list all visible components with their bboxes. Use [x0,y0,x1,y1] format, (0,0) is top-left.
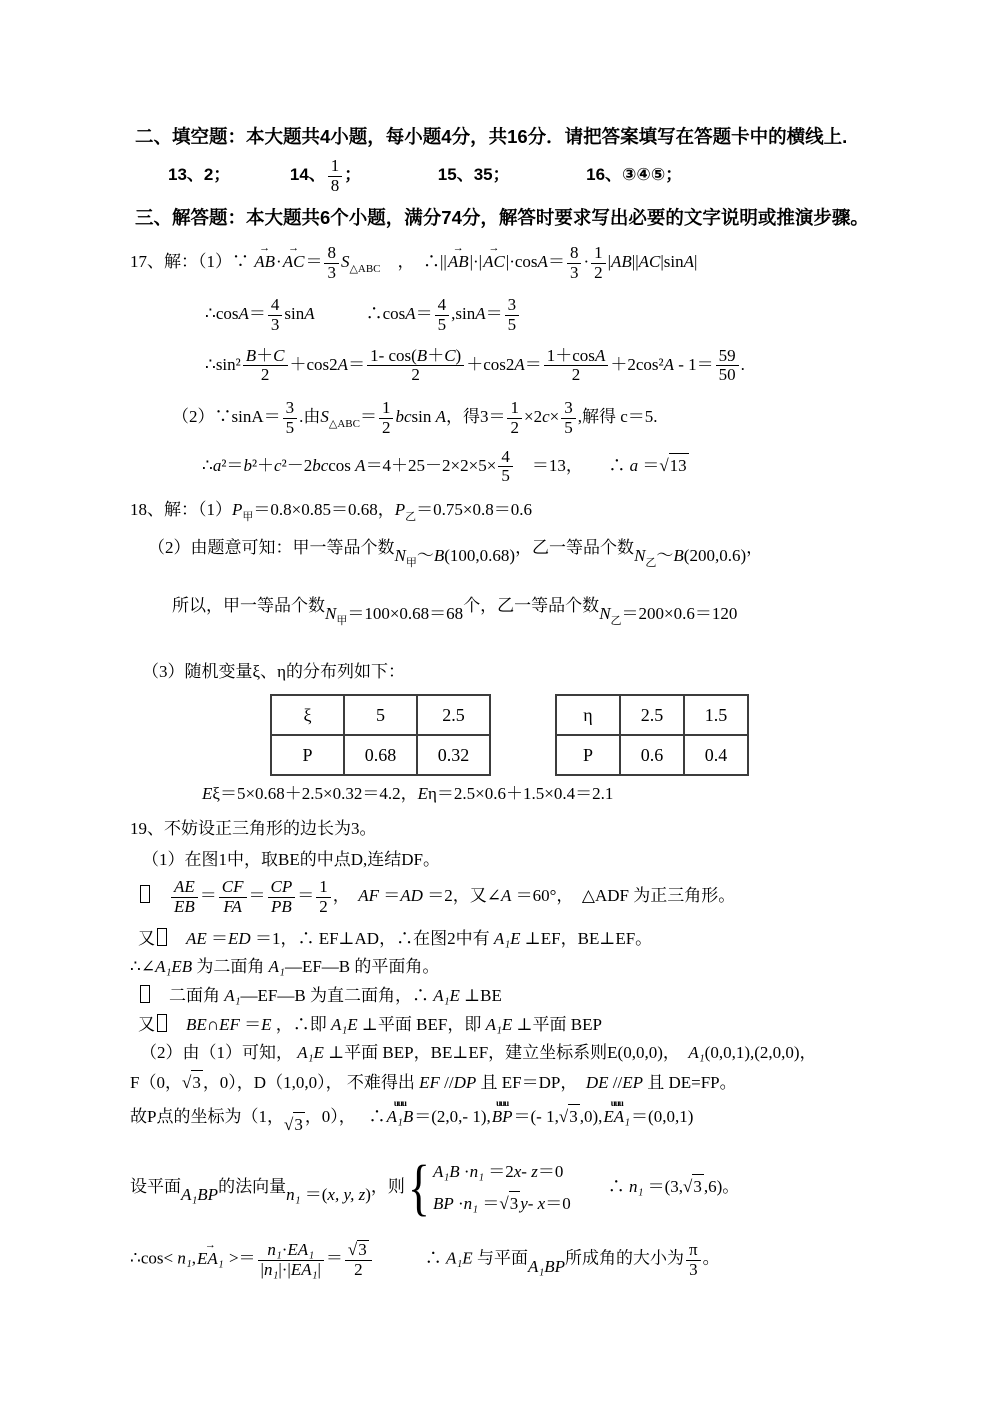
text: 5 [564,418,573,437]
denominator: 2 [316,898,331,917]
line-q19-ratios: AEEB＝CFFA＝CPPB＝12， AF ＝AD ＝2，又∠A ＝60°， △… [138,878,890,916]
math-var: A₁BP [181,1185,218,1204]
text: ＝ [486,304,503,323]
text: ＝ [249,304,266,323]
sqrt: √3 [182,1070,203,1096]
math-var: n₁ [177,1249,191,1268]
text: 2 [382,418,391,437]
text: ∴sin² [205,355,241,374]
text: 2 [261,365,270,384]
text: ，得3＝ [446,407,506,426]
text: π [689,1240,698,1259]
text: ＋cos2 [466,355,514,374]
lowered-group: A₁BP [181,1183,218,1208]
text: 50 [719,365,736,384]
denominator: 2 [591,264,606,283]
math-var: AC [639,252,661,271]
text: (0,0,1),(2,0,0)， [705,1043,817,1062]
subscript: △ABC [329,418,360,430]
text: ∴∠ [130,957,155,976]
text: × [550,407,560,426]
equation-system: {A₁B ·n₁ ＝2x- z＝0BP ·n₁ ＝√3y- x＝0 [408,1160,571,1216]
math-var: c [542,407,550,426]
line-q17-step4: （2）∵sinA＝35.由S△ABC＝12bcsin A，得3＝12×2c×35… [172,399,890,437]
text: 3 [327,263,336,282]
math-var: EA₁ [287,1240,314,1259]
denominator: 3 [268,316,283,335]
text: · [460,1162,470,1181]
numerator: 3 [283,399,298,419]
table-cell: η [556,695,620,735]
missing-glyph-box [157,928,167,946]
sqrt: √3 [559,1104,580,1130]
text: 2 [354,1260,363,1279]
line-q19-vectors: 故P点的坐标为（1，√3，0）， ∴uuuA₁B＝(2,0,- 1),uuuBP… [130,1099,890,1138]
denominator: 2 [345,1261,372,1280]
vector: →AC [483,244,505,270]
table-cell: 0.32 [417,735,490,775]
text: ∴ [374,1249,446,1268]
math-var: n₁ [629,1177,643,1196]
math-var: A [338,355,348,374]
text: · [454,1194,464,1213]
text: 个，乙一等品个数 [463,596,599,615]
text: - [521,1162,531,1181]
text: · [276,252,282,271]
subscript: 乙 [405,511,416,523]
numerator: 3 [561,399,576,419]
text: ∩ [207,1015,219,1034]
text: 为二面角 [192,957,269,976]
text: ～ [417,546,434,565]
sub-base: P [395,500,405,519]
sub-base: S [320,407,329,426]
text: ＝(3, [643,1177,683,1196]
table-cell: 2.5 [620,695,684,735]
text: ＝2 [484,1162,514,1181]
radical-icon: √ [659,454,668,479]
lowered-group: n₁ ＝(x, y, z) [286,1183,371,1208]
subscripted-symbol: S△ABC [341,252,381,271]
fraction: √32 [345,1240,372,1279]
math-var: A [238,304,248,323]
math-var: n₁ [286,1185,300,1204]
text: 3 [564,398,573,417]
radicand: 3 [568,1104,580,1130]
math-var: PB [271,897,292,916]
subscript: △ABC [349,263,380,275]
text: ＝0.75×0.8＝0.6 [416,500,532,519]
text: - 1＝ [674,355,714,374]
eta-distribution-table: η2.51.5P0.60.4 [555,694,749,776]
math-var: A [595,346,605,365]
table-cell: 1.5 [684,695,748,735]
bold-text: 14、 [222,165,326,184]
text: 3 [358,1240,367,1259]
math-var: A₁E [446,1249,473,1268]
sub-base: N [325,604,336,623]
radical-icon: √ [499,1192,508,1217]
fraction: 1＋cosA2 [544,347,609,385]
brace-icon: { [408,1157,430,1219]
text: 1 [594,243,603,262]
text: ＝1，∴ EF⊥AD，∴在图2中有 [251,929,494,948]
vector-base: AB [448,253,469,270]
text: （3）随机变量ξ、η的分布列如下： [142,662,405,681]
denominator: 2 [243,366,288,385]
text: 又 [138,1015,155,1034]
text: ， [746,538,763,557]
math-var: y [520,1194,528,1213]
text: ＝200×0.6＝120 [622,604,738,623]
missing-glyph-box [140,885,150,903]
text [169,1015,186,1034]
text: 4 [271,295,280,314]
denominator: 2 [507,419,522,438]
table-cell: 2.5 [417,695,490,735]
subscript: 乙 [645,557,656,569]
math-var: B [246,346,256,365]
solve-section-header: 三、解答题：本大题共6个小题，满分74分，解答时要求写出必要的文字说明或推演步骤… [135,205,890,232]
math-var: A₁E [494,929,521,948]
text: ＝ [525,355,542,374]
bold-text: 16、③④⑤； [501,165,682,184]
math-var: B [417,346,427,365]
text: 2 [594,263,603,282]
denominator: 3 [324,264,339,283]
fraction: 35 [561,399,576,437]
math-var: A [436,407,446,426]
math-var: AB [611,252,632,271]
sqrt: √3 [348,1240,369,1260]
math-var: AF [358,886,379,905]
text: ＝0.8×0.85＝0.68， [253,500,394,519]
text: | [318,1260,321,1279]
numerator: 4 [435,296,450,316]
denominator: 8 [328,177,343,196]
table-row: ξ52.5 [271,695,490,735]
lowered-group: N甲＝100×0.68＝68 [325,602,463,630]
text: ，0），D（1,0,0）， 不难得出 [203,1073,419,1092]
subscript: 乙 [611,615,622,627]
line-q19-right-dihedral: 二面角 A₁—EF—B 为直二面角，∴ A₁E ⊥BE [138,984,890,1009]
text: 4 [501,447,510,466]
text: ＝ [305,252,322,271]
math-var: n₁ [470,1162,484,1181]
bold-text: 15、35； [353,165,501,184]
math-var: A₁E [433,986,460,1005]
text: ) [456,346,462,365]
text [152,886,169,905]
sub-base: N [395,546,406,565]
math-var: CF [222,877,244,896]
text: F（0， [130,1073,182,1092]
text: 5 [508,315,517,334]
line-q18-step2: （2）由题意可知：甲一等品个数N甲～B(100,0.68)，乙一等品个数N乙～B… [148,536,890,572]
vector-base: EA₁ [197,1250,224,1267]
text: 2 [572,365,581,384]
math-var: AE [174,877,195,896]
xi-distribution-table: ξ52.5P0.680.32 [270,694,491,776]
line-q17-step1: 17、解：（1）∵ →AB·→AC＝83S△ABC ， ∴||→AB|·|→AC… [130,244,890,282]
vector-base: AC [483,253,505,270]
math-var: c [274,456,282,475]
text: ＝(- 1, [514,1107,559,1126]
denominator: FA [219,898,247,917]
math-var: A [405,304,415,323]
text: 且 DE=FP。 [643,1073,737,1092]
system-row: A₁B ·n₁ ＝2x- z＝0 [433,1160,571,1185]
text: ⊥平面 BEP [512,1015,602,1034]
text: ＝ [379,886,400,905]
text: 3 [271,315,280,334]
table-cell: 0.6 [620,735,684,775]
line-q19-part1: （1）在图1中，取BE的中点D,连结DF。 [142,848,890,873]
math-var: E [202,784,212,803]
text: 3 [689,1260,698,1279]
sub-base: N [599,604,610,623]
bold-text: ； [344,165,353,184]
text: ²＝ [221,456,243,475]
line-q19-intro: 19、不妨设正三角形的边长为3。 [130,817,890,842]
text: | [694,252,697,271]
vector-base: A₁B [387,1108,414,1125]
text [169,929,186,948]
math-var: EA₁ [291,1260,318,1279]
math-var: DP [454,1073,477,1092]
numerator: 3 [505,296,520,316]
table-row: P0.680.32 [271,735,490,775]
subscript: 甲 [406,557,417,569]
fraction: π3 [686,1241,701,1279]
vector-base: EA₁ [603,1108,630,1125]
fraction: AEEB [171,878,198,916]
text: · [583,252,589,271]
line-q18-step1: 18、解：（1）P甲＝0.8×0.85＝0.68，P乙＝0.75×0.8＝0.6 [130,498,890,526]
fraction: n₁·EA₁|n₁|·|EA₁| [258,1241,324,1279]
text: |·cos [506,252,538,271]
text: 8 [331,176,340,195]
vector: →EA₁ [197,1241,224,1267]
fraction: 35 [505,296,520,334]
text: ＝2，又∠ [423,886,501,905]
radical-icon: √ [559,1105,568,1130]
text: 8 [570,243,579,262]
fraction: 12 [591,244,606,282]
math-var: a [630,456,639,475]
math-var: AE [186,929,207,948]
numerator: 1＋cosA [544,347,609,367]
text: ＝ [348,355,365,374]
math-var: B [673,546,683,565]
subscripted-symbol: N甲 [395,546,417,565]
text: sin [412,407,436,426]
numerator: 4 [498,448,513,468]
text: 设平面 [130,1177,181,1196]
text: (100,0.68) [444,546,515,565]
lowered-group: N乙＝200×0.6＝120 [599,602,737,630]
math-var: A [501,886,511,905]
fraction: 12 [379,399,394,437]
math-var: CP [271,877,293,896]
math-var: FA [223,897,242,916]
text: sin [284,304,304,323]
math-var: A [538,252,548,271]
text: ∴ [574,1177,629,1196]
text: ⊥平面 BEP，BE⊥EF，建立坐标系则E(0,0,0)， [324,1043,688,1062]
text: 3 [693,1177,702,1196]
text: ＝0 [545,1194,571,1213]
math-var: E [418,784,428,803]
text: || [632,252,639,271]
text: 3 [570,263,579,282]
text: 。 [703,1249,720,1268]
fraction: 12 [507,399,522,437]
text: ＝ [297,886,314,905]
text: ＝ [326,1249,343,1268]
math-var: AD [400,886,423,905]
denominator: 50 [716,366,739,385]
table-cell: ξ [271,695,344,735]
math-var: A₁E [331,1015,358,1034]
fraction: 43 [268,296,283,334]
sqrt: √3 [683,1174,704,1200]
exam-answer-page: 二、填空题：本大题共4小题，每小题4分，共16分．请把答案填写在答题卡中的横线上… [0,0,1000,1415]
text: η＝2.5×0.6＋1.5×0.4＝2.1 [428,784,613,803]
text: 且 EF＝DP， [476,1073,586,1092]
text: ＋2cos² [610,355,663,374]
denominator: 5 [498,467,513,486]
radicand: 3 [293,1112,305,1138]
text: ＝ [360,407,377,426]
numerator: AE [171,878,198,898]
fill-in-answers-row: 13、2； 14、18； 15、35； 16、③④⑤； [168,157,890,195]
radical-icon: √ [284,1113,293,1138]
lowered-group: N乙～B(200,0.6) [634,544,746,572]
fraction: 18 [328,157,343,195]
text: |sin [660,252,683,271]
text: cos [328,456,355,475]
subscripted-symbol: P乙 [395,500,416,519]
text: ～ [656,546,673,565]
text: ＋cos2 [290,355,338,374]
fraction: 45 [435,296,450,334]
math-var: A [684,252,694,271]
table-cell: P [556,735,620,775]
lowered-group: √3 [284,1112,305,1138]
radical-icon: √ [683,1175,692,1200]
text: ⊥平面 BEF，即 [358,1015,486,1034]
radicand: 3 [191,1070,203,1096]
text: 5 [501,466,510,485]
text: ＝4＋25－2×2×5× [366,456,497,475]
radicand: 3 [357,1240,369,1260]
math-var: b [243,456,252,475]
text: // [609,1073,623,1092]
text: 所成角的大小为 [565,1249,684,1268]
text: 故P点的坐标为（1， [130,1107,284,1126]
line-q18-step3: 所以，甲一等品个数N甲＝100×0.68＝68个，乙一等品个数N乙＝200×0.… [172,594,890,630]
numerator: 1 [328,157,343,177]
text: 13 [670,456,687,475]
text: 2 [319,897,328,916]
numerator: 1 [316,878,331,898]
text: (200,0.6) [684,546,746,565]
math-var: n₁ [264,1260,278,1279]
math-var: C [273,346,284,365]
math-var: A [355,456,365,475]
text: ,解得 c＝5. [578,407,658,426]
math-var: BP [433,1194,454,1213]
text: ,6)。 [704,1177,739,1196]
text: , [192,1249,196,1268]
denominator: 3 [567,264,582,283]
math-var: EF [419,1073,440,1092]
vector: uuuA₁B [387,1099,414,1125]
numerator: 1 [379,399,394,419]
math-var: A [664,355,674,374]
line-q19-plane-perp: 又 BE∩EF ＝E ，∴即 A₁E ⊥平面 BEF，即 A₁E ⊥平面 BEP [138,1013,890,1038]
subscripted-symbol: N乙 [634,546,656,565]
text: 3 [508,295,517,314]
denominator: 2 [379,419,394,438]
text: ＝ [240,1015,261,1034]
math-var: BE [186,1015,207,1034]
text: ，则 [371,1177,405,1196]
text: 1 [510,398,519,417]
math-var: A₁BP [528,1257,565,1276]
text: ξ＝5×0.68＋2.5×0.32＝4.2， [212,784,417,803]
text: ∴ [202,456,213,475]
math-var: EP [622,1073,643,1092]
line-q19-dihedral-angle: ∴∠A₁EB 为二面角 A₁—EF—B 的平面角。 [130,955,890,980]
math-var: A₁EB [155,957,192,976]
numerator: 8 [567,244,582,264]
fraction: 12 [316,878,331,916]
subscripted-symbol: N甲 [325,604,347,623]
text: 5 [286,418,295,437]
text: ²－2 [282,456,313,475]
text: 5 [438,315,447,334]
fraction: CFFA [219,878,247,916]
math-var: EB [174,897,195,916]
text: ⊥BE [460,986,502,1005]
line-q17-step5: ∴a²＝b²＋c²－2bccos A＝4＋25－2×2×5×45 ＝13， ∴ … [202,448,890,486]
text: ＝100×0.68＝68 [347,604,463,623]
math-var: bc [395,407,411,426]
numerator: √3 [345,1240,372,1261]
radical-icon: √ [182,1071,191,1096]
fraction: B＋C2 [243,347,288,385]
vector-base: AB [254,253,275,270]
radical-icon: √ [348,1241,357,1260]
numerator: 1- cos(B＋C) [367,347,464,367]
vector: →AC [283,244,305,270]
line-q18-expectation: Eξ＝5×0.68＋2.5×0.32＝4.2，Eη＝2.5×0.6＋1.5×0.… [202,782,890,807]
text: 1 [331,156,340,175]
text: —EF—B 的平面角。 [285,957,439,976]
math-var: A [304,304,314,323]
fraction: 83 [324,244,339,282]
text: ＝ [249,886,266,905]
numerator: 1 [507,399,522,419]
text: 所以，甲一等品个数 [172,596,325,615]
text: 3 [569,1107,578,1126]
subscripted-symbol: N乙 [599,604,621,623]
fraction: 83 [567,244,582,282]
radicand: 3 [692,1174,704,1200]
text: 1- cos( [370,346,417,365]
